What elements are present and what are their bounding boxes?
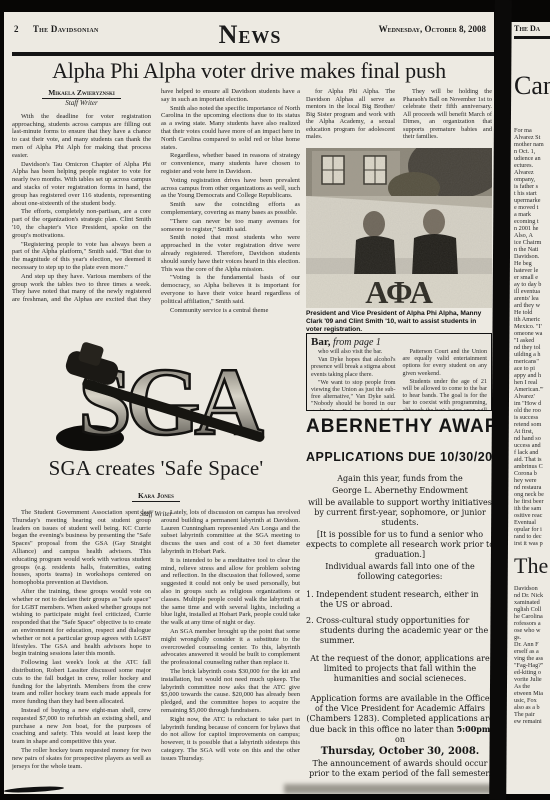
abernethy-donor-note: At the request of the donor, application… [306, 654, 494, 684]
abernethy-closing: The announcement of awards should occur … [306, 759, 494, 779]
text-fragment: Alvarez' [514, 393, 550, 400]
text-fragment: Alvarez [514, 169, 550, 176]
next-page-headline-top: Can [514, 71, 550, 101]
article1-headline: Alpha Phi Alpha voter drive makes final … [4, 58, 494, 84]
text-fragment: ice Chairm [514, 239, 550, 246]
text-fragment: nd Dr. Nick [514, 592, 550, 599]
photo-caption: President and Vice President of Alpha Ph… [306, 310, 492, 335]
text-fragment: ith the sam [514, 505, 550, 512]
sga-body: The Student Government Association spent… [12, 509, 300, 792]
text-fragment: ositive reac [514, 512, 550, 519]
paragraph: Smith noted that most students who were … [161, 234, 300, 273]
text-fragment: Dr. Ann F [514, 641, 550, 648]
text-fragment: He told [514, 309, 550, 316]
page-header: 2The Davidsonian News Wednesday, October… [14, 20, 486, 50]
text-fragment: hatever le [514, 267, 550, 274]
paragraph: Lately, lots of discussion on campus has… [161, 509, 300, 556]
paragraph: The Student Government Association spent… [12, 509, 151, 587]
text-fragment: arents' lea [514, 295, 550, 302]
text-fragment: ving the ass [514, 655, 550, 662]
text-fragment: nd restaura [514, 484, 550, 491]
text-fragment: He beg [514, 260, 550, 267]
text-fragment: ith Americ [514, 316, 550, 323]
deadline-time: 5:00pm [457, 724, 491, 734]
text-fragment: nd hand so [514, 435, 550, 442]
text-fragment: "Fag-Hag?" [514, 662, 550, 669]
text-fragment: uilding a h [514, 351, 550, 358]
text-fragment: The pair [514, 711, 550, 718]
text-fragment: Davidson. [514, 253, 550, 260]
byline-author: Kara Jones [132, 491, 180, 502]
text-fragment: n the Nati [514, 246, 550, 253]
text-fragment: ong neck be [514, 491, 550, 498]
paragraph: With the deadline for voter registration… [12, 113, 151, 160]
paragraph: "Voting is the fundamental basis of our … [161, 274, 300, 305]
paragraph: An SGA member brought up the point that … [161, 628, 300, 667]
text-fragment: Also, A [514, 232, 550, 239]
bar-paragraphs: who will also visit the bar.Van Dyke hop… [311, 349, 487, 411]
list-item: 1. Independent student research, either … [306, 590, 494, 610]
text-fragment: nglish Coll [514, 606, 550, 613]
text-fragment: retend som [514, 421, 550, 428]
sga-headline: SGA creates 'Safe Space' [12, 456, 300, 481]
text-fragment: rofessors a [514, 620, 550, 627]
paragraph: "Registering people to vote has always b… [12, 241, 151, 272]
list-item: 2. Cross-cultural study opportunities fo… [306, 616, 494, 646]
paragraph: Following last week's look at the ATC fa… [12, 659, 151, 706]
text-fragment: ill eventua [514, 288, 550, 295]
text-fragment: At first, [514, 428, 550, 435]
deadline-conj: on [395, 735, 405, 744]
text-fragment: aid. That is [514, 456, 550, 463]
paragraph: After the training, these groups would v… [12, 588, 151, 658]
text-fragment: mother nam [514, 141, 550, 148]
paragraph: Students under the age of 21 will be all… [403, 379, 488, 411]
article1-paragraphs: With the deadline for voter registration… [12, 88, 300, 314]
text-fragment: is success [514, 414, 550, 421]
paragraph: Voting registration drives have been pre… [161, 177, 300, 200]
next-page-text-fragments-top: For maAlvarez Stmother namn Oct. 1,udien… [514, 127, 550, 547]
paragraph: who will also visit the bar. [311, 349, 396, 356]
text-fragment: ay to day b [514, 281, 550, 288]
paragraph: Smith also noted the specific importance… [161, 105, 300, 152]
paragraph: Regardless, whether based in reasons of … [161, 152, 300, 175]
text-fragment: e moved t [514, 204, 550, 211]
text-fragment: t his start [514, 190, 550, 197]
text-fragment: ectures. [514, 162, 550, 169]
intro-line: Individual awards fall into one of the f… [306, 562, 494, 582]
paragraph: The roller hockey team requested money f… [12, 747, 151, 770]
sga-paragraphs: The Student Government Association spent… [12, 509, 300, 770]
paragraph: The efforts, completely non-partisan, ar… [12, 208, 151, 239]
text-fragment: vorite Julie [514, 676, 550, 683]
sga-logo: SGA [50, 342, 274, 454]
text-fragment: erself as a [514, 648, 550, 655]
intro-line: will be available to support worthy init… [306, 498, 494, 528]
article1-right-paragraphs: for Alpha Phi Alpha. The Davidson Alphas… [306, 88, 492, 142]
text-fragment: is father s [514, 183, 550, 190]
bar-label: Bar, [311, 336, 330, 348]
text-fragment: "I asked [514, 337, 550, 344]
paragraph: Davidson's Tau Omicron Chapter of Alpha … [12, 161, 151, 208]
text-fragment: a mark [514, 211, 550, 218]
next-page-header-rule [514, 36, 550, 39]
text-fragment: udience an [514, 155, 550, 162]
article1-byline: Mikaela Zwieryznski Staff Writer [12, 88, 151, 108]
scan-artifact [284, 784, 494, 794]
text-fragment: As the [514, 683, 550, 690]
text-fragment: ompany, [514, 176, 550, 183]
byline-role: Staff Writer [65, 99, 97, 107]
text-fragment: he Carolina [514, 613, 550, 620]
text-fragment: uccess and [514, 442, 550, 449]
article1-body: Mikaela Zwieryznski Staff Writer With th… [12, 88, 300, 330]
text-fragment: ew remaini [514, 718, 550, 725]
text-fragment: mericans" [514, 358, 550, 365]
abernethy-intro: Again this year, funds from theGeorge L.… [306, 474, 494, 582]
text-fragment: appy and h [514, 372, 550, 379]
text-fragment: xaminated [514, 599, 550, 606]
text-fragment: Eventual [514, 519, 550, 526]
text-fragment: ace to pi [514, 365, 550, 372]
next-page-sliver: The Da Can For maAlvarez Stmother namn O… [506, 22, 550, 794]
intro-line: [It is possible for us to fund a senior … [306, 530, 494, 560]
header-rule [12, 52, 494, 56]
text-fragment: For ma [514, 127, 550, 134]
text-fragment: irst it was p [514, 540, 550, 547]
issue-date: Wednesday, October 8, 2008 [379, 24, 486, 34]
paragraph: It is intended to be a meditative tool t… [161, 557, 300, 627]
intro-line: George L. Abernethy Endowment [306, 486, 494, 496]
text-fragment: ose who w [514, 627, 550, 634]
paragraph: They will be holding the Pharaoh's Ball … [403, 88, 492, 141]
abernethy-deadline-subtitle: APPLICATIONS DUE 10/30/2008 [306, 450, 494, 464]
text-fragment: American.'" [514, 386, 550, 393]
abernethy-title: ABERNETHY AWARDS [306, 416, 494, 438]
text-fragment: hen I real [514, 379, 550, 386]
paragraph: Right now, the ATC is reluctant to take … [161, 716, 300, 763]
paragraph: for Alpha Phi Alpha. The Davidson Alphas… [306, 88, 395, 141]
text-fragment: Corona b [514, 470, 550, 477]
paragraph: Instead of buying a new eight-man shell,… [12, 707, 151, 746]
text-fragment: Davidson [514, 585, 550, 592]
text-fragment: he first beer [514, 498, 550, 505]
text-fragment: hey were [514, 477, 550, 484]
paragraph: "There can never be too many avenues for… [161, 218, 300, 234]
photo-illustration: ΑΦΑ [306, 148, 492, 308]
next-page-text-fragments-bottom: Davidsonnd Dr. Nickxaminatednglish Collh… [514, 585, 550, 725]
bar-from-page: from page 1 [330, 337, 380, 348]
intro-line: Again this year, funds from the [306, 474, 494, 484]
article1-right-columns: for Alpha Phi Alpha. The Davidson Alphas… [306, 88, 492, 146]
text-fragment: nd they tol [514, 344, 550, 351]
alpha-phi-alpha-photo: ΑΦΑ [306, 148, 492, 308]
text-fragment: er small e [514, 274, 550, 281]
text-fragment: f lack and [514, 449, 550, 456]
text-fragment: opular for i [514, 526, 550, 533]
text-fragment: n Oct. 1, [514, 148, 550, 155]
text-fragment: ard they w [514, 302, 550, 309]
bar-box-title: Bar, from page 1 [311, 336, 487, 348]
bar-box-body: who will also visit the bar.Van Dyke hop… [311, 349, 487, 411]
abernethy-forms-note: Application forms are available in the O… [306, 694, 494, 745]
text-fragment: ambrinus C [514, 463, 550, 470]
abernethy-announcement: ABERNETHY AWARDS APPLICATIONS DUE 10/30/… [306, 416, 494, 794]
text-fragment: ecoming t [514, 218, 550, 225]
paragraph: The brick labyrinth costs $30,000 for th… [161, 668, 300, 715]
text-fragment: upermarke [514, 197, 550, 204]
text-fragment: also as a b [514, 704, 550, 711]
newspaper-page: 2The Davidsonian News Wednesday, October… [4, 12, 494, 794]
paragraph: Community service is a central theme [161, 307, 300, 315]
text-fragment: rand to dec [514, 533, 550, 540]
sga-logo-art: SGA [50, 342, 274, 454]
next-page-masthead: The Da [514, 24, 550, 33]
next-page-headline-bottom: The [514, 553, 550, 579]
text-fragment: usic, Fox [514, 697, 550, 704]
paragraph: Smith saw the coinciding efforts as comp… [161, 201, 300, 217]
text-fragment: gs. [514, 634, 550, 641]
paragraph: "We want to stop people from viewing the… [311, 380, 396, 411]
text-fragment: etween Mia [514, 690, 550, 697]
text-fragment: im "How d [514, 400, 550, 407]
text-fragment: n 2001 he [514, 225, 550, 232]
abernethy-deadline-date: Thursday, October 30, 2008. [306, 746, 494, 757]
paragraph: Van Dyke hopes that alcohol's presence w… [311, 357, 396, 379]
byline-author: Mikaela Zwieryznski [42, 88, 121, 99]
text-fragment: omeone wa [514, 330, 550, 337]
paragraph: Patterson Court and the Union are equall… [403, 349, 488, 378]
bar-continuation-box: Bar, from page 1 who will also visit the… [306, 333, 492, 411]
text-fragment: old the roo [514, 407, 550, 414]
text-fragment: Alvarez St [514, 134, 550, 141]
text-fragment: Mexico. "I' [514, 323, 550, 330]
abernethy-category-list: 1. Independent student research, either … [306, 590, 494, 646]
text-fragment: ed-kiting o [514, 669, 550, 676]
